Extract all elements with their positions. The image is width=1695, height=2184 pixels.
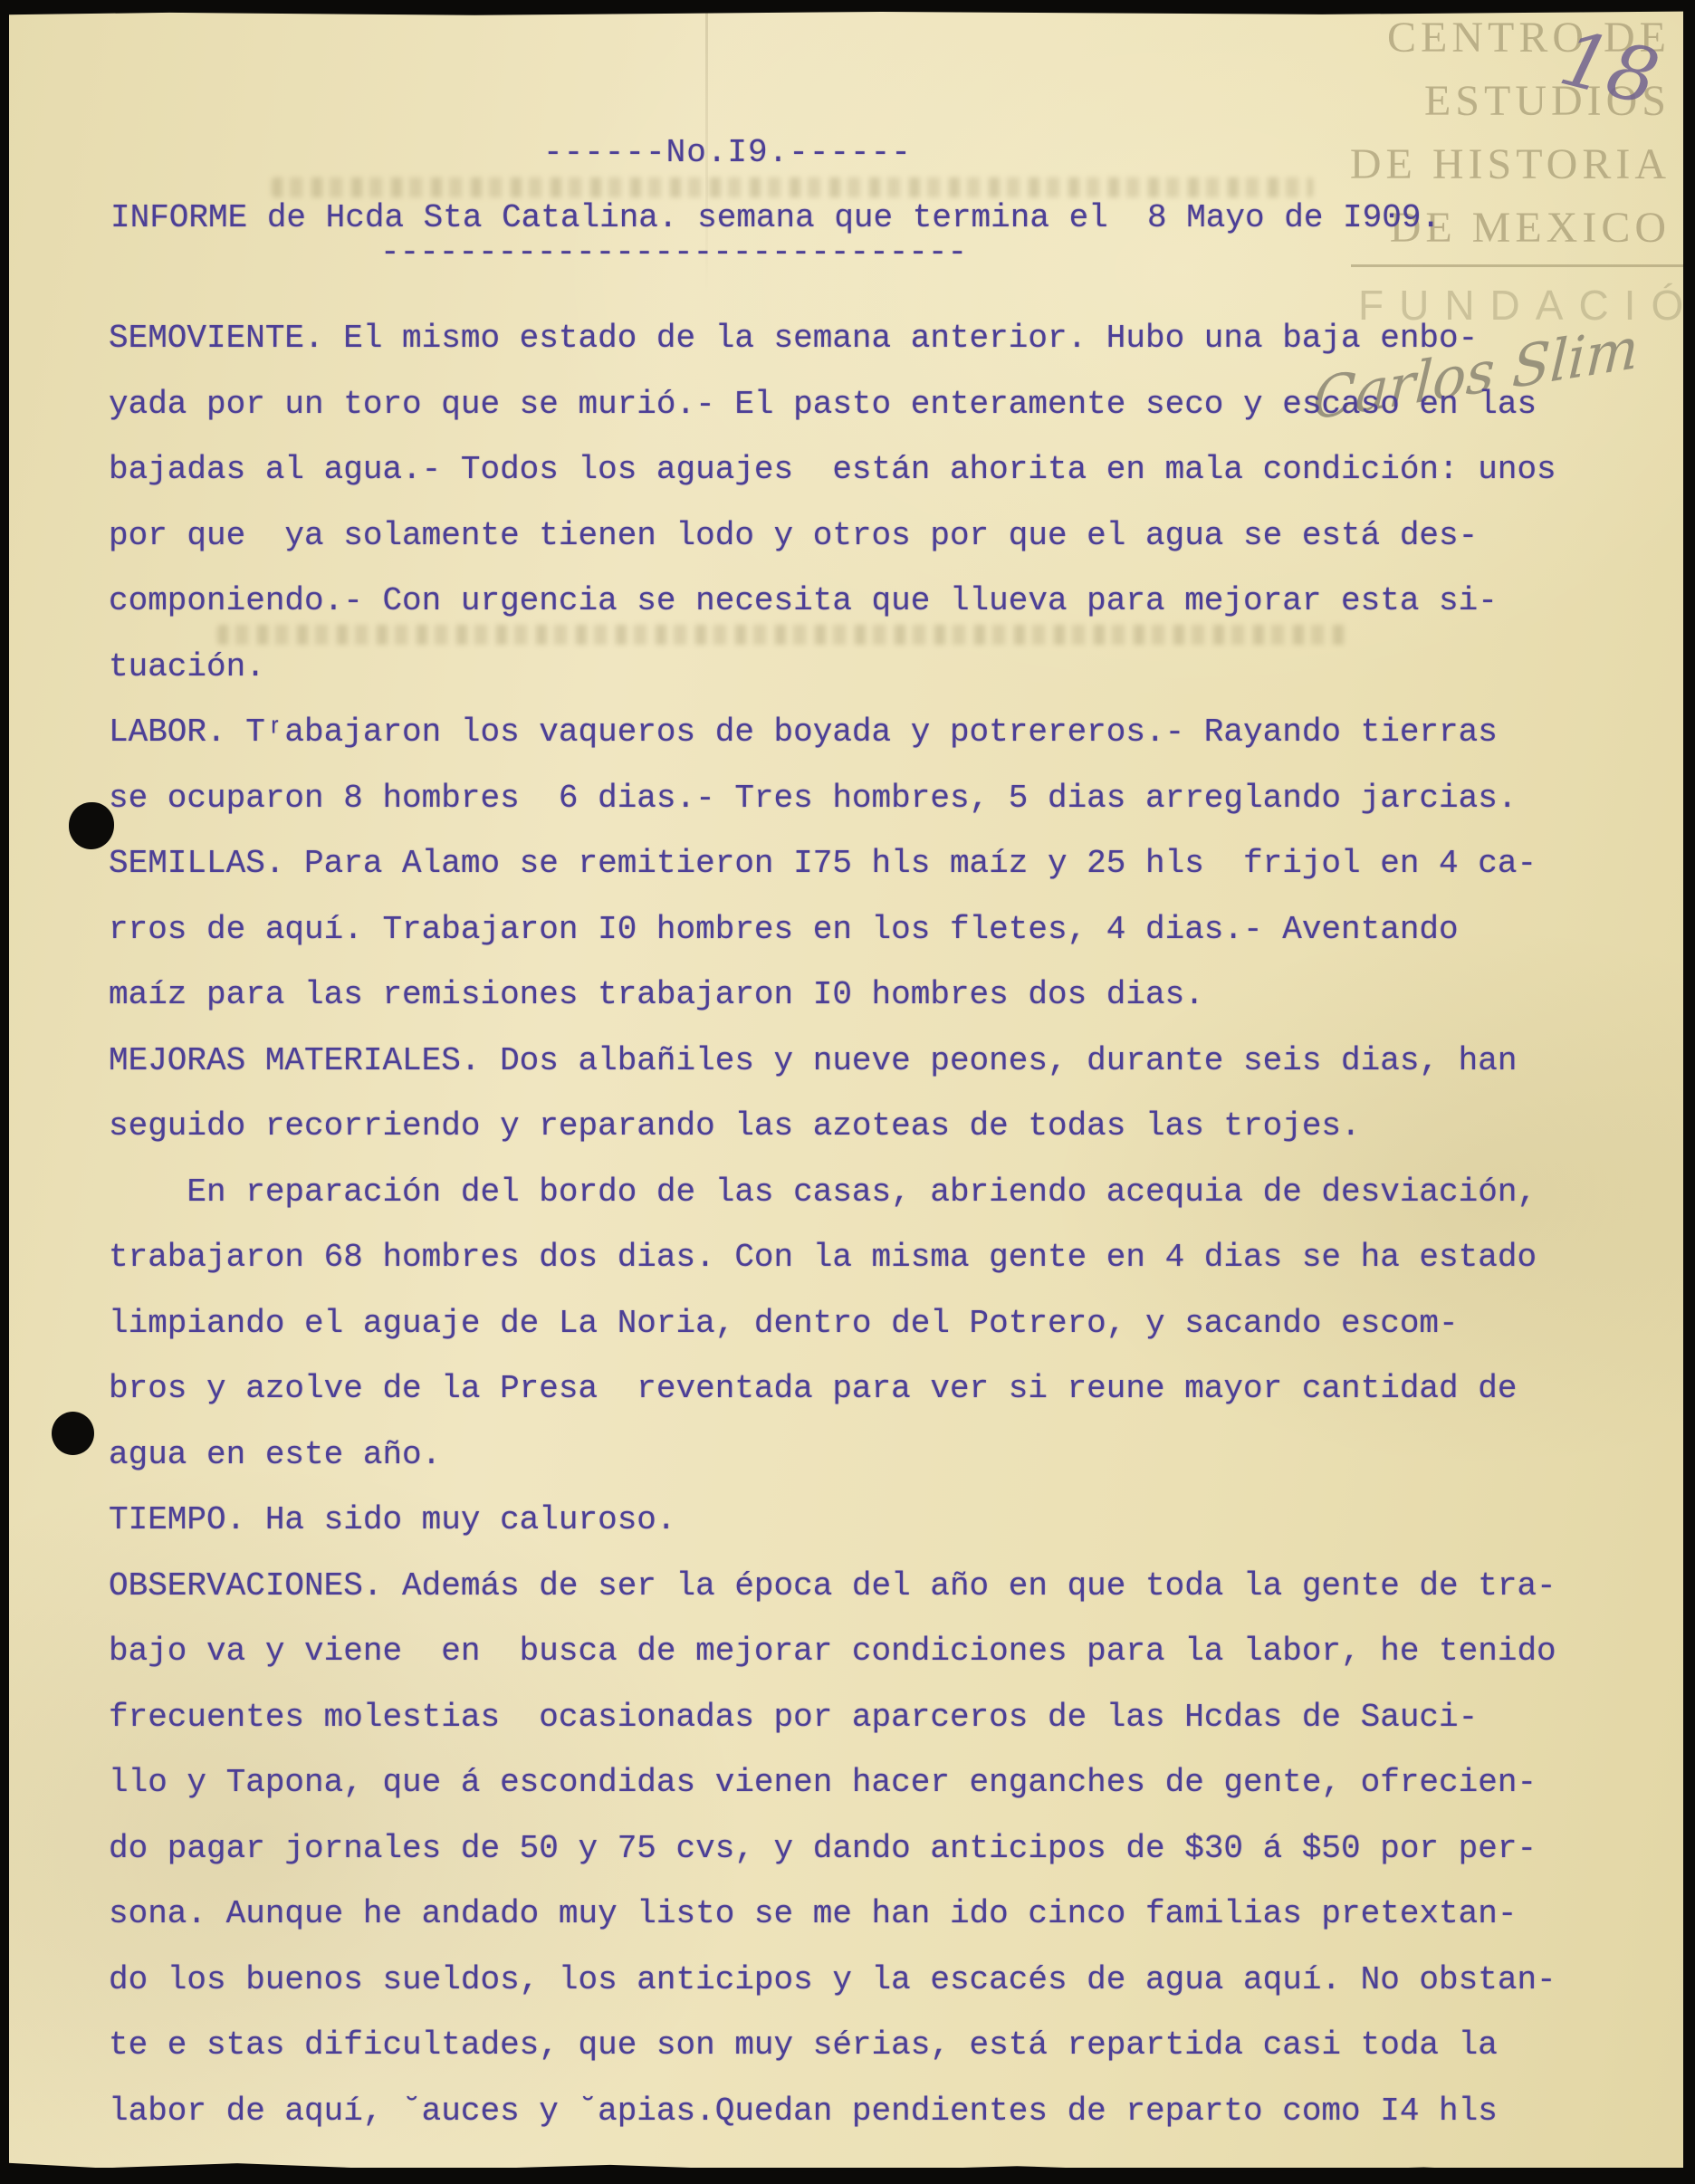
scan-edge-left: [0, 0, 9, 2184]
title-underline: ------------------------------: [380, 234, 967, 271]
typed-line: SEMILLAS. Para Alamo se remitieron I75 h…: [109, 831, 1630, 897]
typed-line: do pagar jornales de 50 y 75 cvs, y dand…: [109, 1816, 1630, 1882]
typed-line: do los buenos sueldos, los anticipos y l…: [109, 1948, 1630, 2014]
typed-line: trabajaron 68 hombres dos dias. Con la m…: [109, 1225, 1630, 1291]
typed-line: componiendo.- Con urgencia se necesita q…: [109, 569, 1630, 635]
typed-line: yada por un toro que se murió.- El pasto…: [109, 372, 1630, 438]
typed-line: bajo va y viene en busca de mejorar cond…: [109, 1619, 1630, 1685]
typed-line: bros y azolve de la Presa reventada para…: [109, 1356, 1630, 1422]
typed-line: SEMOVIENTE. El mismo estado de la semana…: [109, 306, 1630, 372]
typed-line: se ocuparon 8 hombres 6 dias.- Tres homb…: [109, 766, 1630, 832]
typed-line: labor de aquí, ˘auces y ˘apias.Quedan pe…: [109, 2079, 1630, 2145]
typed-line: En reparación del bordo de las casas, ab…: [109, 1160, 1630, 1226]
typed-line: LABOR. Tʳabajaron los vaqueros de boyada…: [109, 700, 1630, 766]
scan-edge-right: [1683, 0, 1695, 2184]
typed-line: tuación.: [109, 635, 1630, 701]
typed-line: sona. Aunque he andado muy listo se me h…: [109, 1882, 1630, 1948]
bleedthrough-ink-top: [272, 177, 1313, 197]
report-title: INFORME de Hcda Sta Catalina. semana que…: [110, 199, 1441, 236]
typed-line: MEJORAS MATERIALES. Dos albañiles y nuev…: [109, 1029, 1630, 1095]
document-number: ------No.I9.------: [543, 134, 912, 171]
punch-hole-top: [69, 802, 114, 849]
watermark-line-3: DE HISTORIA: [1350, 139, 1671, 189]
document-scan: CENTRO DE ESTUDIOS DE HISTORIA DE MEXICO…: [0, 0, 1695, 2184]
watermark-rule: [1351, 264, 1695, 267]
report-body: SEMOVIENTE. El mismo estado de la semana…: [109, 306, 1630, 2144]
typed-line: seguido recorriendo y reparando las azot…: [109, 1094, 1630, 1160]
typed-line: te e stas dificultades, que son muy séri…: [109, 2013, 1630, 2079]
typed-line: por que ya solamente tienen lodo y otros…: [109, 503, 1630, 570]
typed-line: llo y Tapona, que á escondidas vienen ha…: [109, 1750, 1630, 1816]
typed-line: frecuentes molestias ocasionadas por apa…: [109, 1685, 1630, 1751]
typed-line: TIEMPO. Ha sido muy caluroso.: [109, 1488, 1630, 1554]
punch-hole-bottom: [52, 1412, 94, 1455]
typed-line: rros de aquí. Trabajaron I0 hombres en l…: [109, 897, 1630, 963]
typed-line: agua en este año.: [109, 1422, 1630, 1489]
typed-line: limpiando el aguaje de La Noria, dentro …: [109, 1291, 1630, 1357]
typed-line: bajadas al agua.- Todos los aguajes está…: [109, 437, 1630, 503]
typed-line: OBSERVACIONES. Además de ser la época de…: [109, 1554, 1630, 1620]
typed-line: maíz para las remisiones trabajaron I0 h…: [109, 963, 1630, 1029]
